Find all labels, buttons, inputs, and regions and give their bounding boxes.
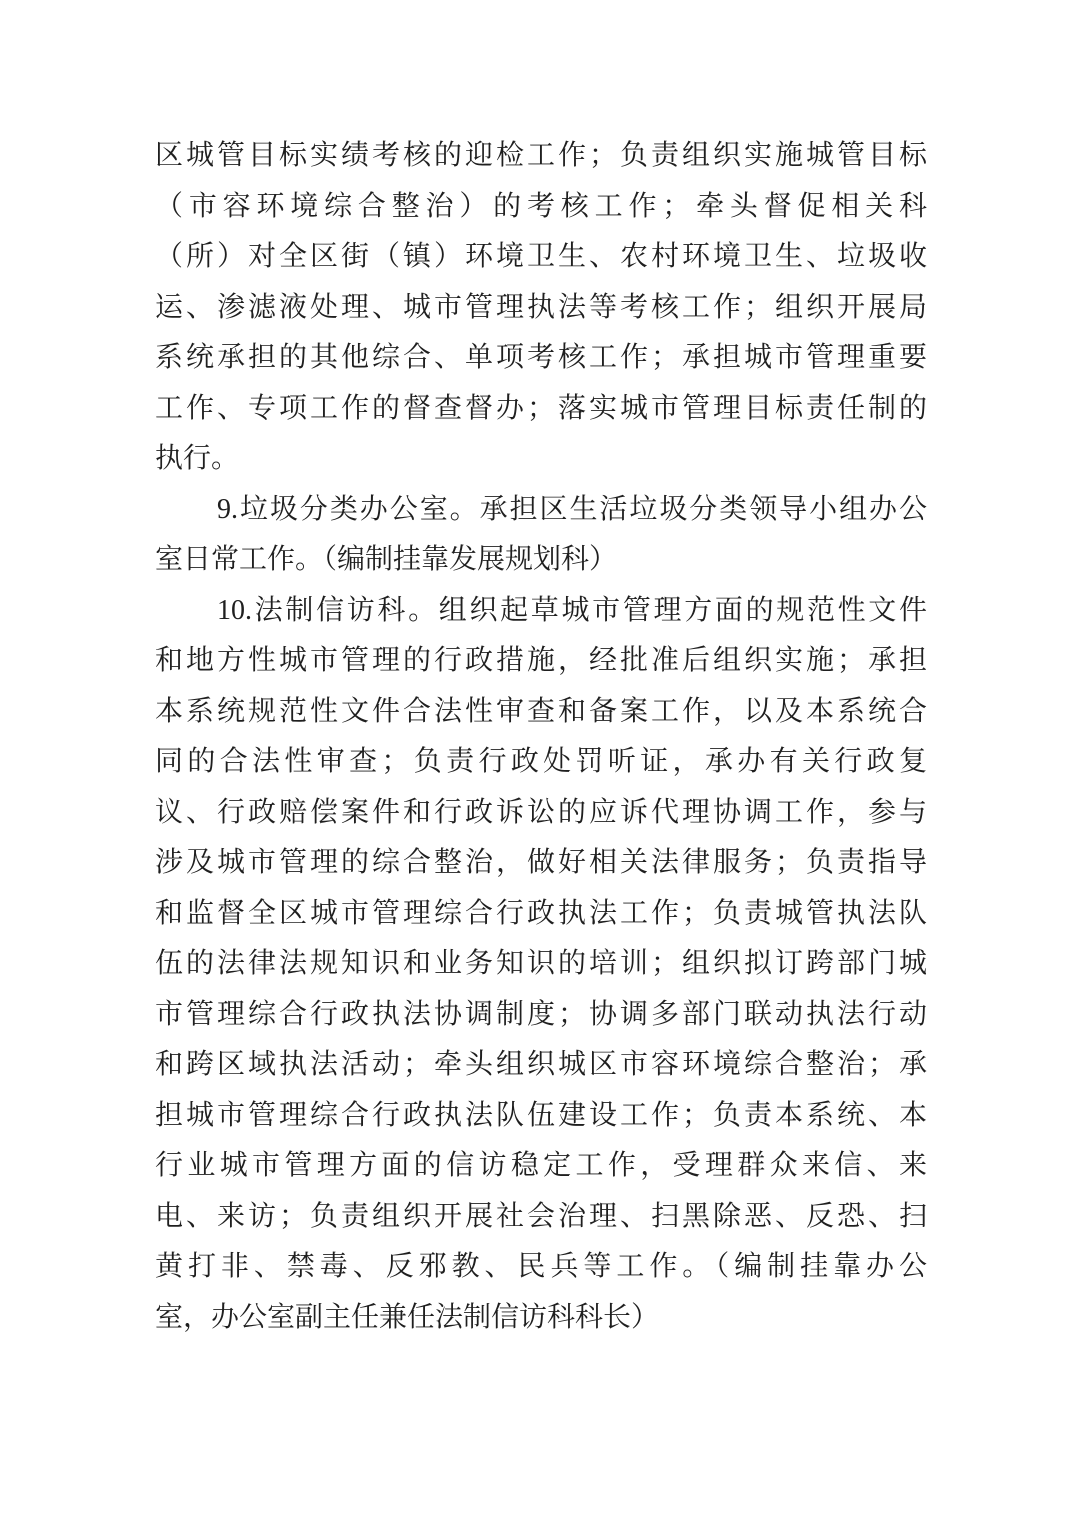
text-line: 市管理综合行政执法协调制度；协调多部门联动执法行动 [155, 990, 927, 1041]
text-line: 和跨区域执法活动；牵头组织城区市容环境综合整治；承 [155, 1040, 927, 1091]
text-line: 议、行政赔偿案件和行政诉讼的应诉代理协调工作，参与 [155, 788, 927, 839]
text-line: 区城管目标实绩考核的迎检工作；负责组织实施城管目标 [155, 131, 927, 182]
text-line: 系统承担的其他综合、单项考核工作；承担城市管理重要 [155, 333, 927, 384]
text-line: 伍的法律法规知识和业务知识的培训；组织拟订跨部门城 [155, 939, 927, 990]
paragraph-item-10-legal-petition-section: 10.法制信访科。组织起草城市管理方面的规范性文件和地方性城市管理的行政措施，经… [155, 586, 927, 1344]
paragraph-item-9-waste-sorting-office: 9.垃圾分类办公室。承担区生活垃圾分类领导小组办公室日常工作。（编制挂靠发展规划… [155, 485, 927, 586]
text-line: 9.垃圾分类办公室。承担区生活垃圾分类领导小组办公 [155, 485, 927, 536]
text-line: 和地方性城市管理的行政措施，经批准后组织实施；承担 [155, 636, 927, 687]
text-line: 和监督全区城市管理综合行政执法工作；负责城管执法队 [155, 889, 927, 940]
paragraph-assessment-duties-continuation: 区城管目标实绩考核的迎检工作；负责组织实施城管目标（市容环境综合整治）的考核工作… [155, 131, 927, 485]
text-line: 室日常工作。（编制挂靠发展规划科） [155, 535, 927, 586]
document-page: 区城管目标实绩考核的迎检工作；负责组织实施城管目标（市容环境综合整治）的考核工作… [0, 0, 1075, 1521]
text-line: 执行。 [155, 434, 927, 485]
text-line: 室，办公室副主任兼任法制信访科科长） [155, 1293, 927, 1344]
text-line: （所）对全区街（镇）环境卫生、农村环境卫生、垃圾收 [155, 232, 927, 283]
text-line: 同的合法性审查；负责行政处罚听证，承办有关行政复 [155, 737, 927, 788]
text-line: 黄打非、禁毒、反邪教、民兵等工作。（编制挂靠办公 [155, 1242, 927, 1293]
text-line: 电、来访；负责组织开展社会治理、扫黑除恶、反恐、扫 [155, 1192, 927, 1243]
text-line: 涉及城市管理的综合整治，做好相关法律服务；负责指导 [155, 838, 927, 889]
text-line: 行业城市管理方面的信访稳定工作，受理群众来信、来 [155, 1141, 927, 1192]
text-line: 工作、专项工作的督查督办；落实城市管理目标责任制的 [155, 384, 927, 435]
text-line: （市容环境综合整治）的考核工作；牵头督促相关科 [155, 182, 927, 233]
document-body: 区城管目标实绩考核的迎检工作；负责组织实施城管目标（市容环境综合整治）的考核工作… [155, 131, 927, 1343]
text-line: 10.法制信访科。组织起草城市管理方面的规范性文件 [155, 586, 927, 637]
text-line: 本系统规范性文件合法性审查和备案工作，以及本系统合 [155, 687, 927, 738]
text-line: 担城市管理综合行政执法队伍建设工作；负责本系统、本 [155, 1091, 927, 1142]
text-line: 运、渗滤液处理、城市管理执法等考核工作；组织开展局 [155, 283, 927, 334]
